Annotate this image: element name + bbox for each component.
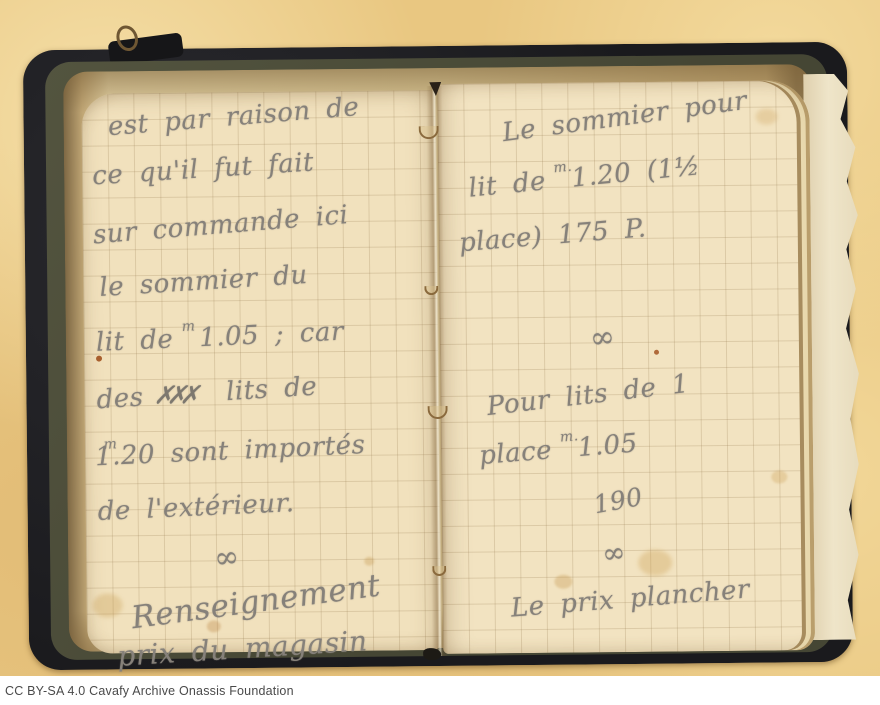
handwriting-line: est par raison de [107,92,361,142]
handwriting-text: ce qu'il fut fait [91,148,315,192]
license-caption-bar: CC BY-SA 4.0 Cavafy Archive Onassis Foun… [0,676,880,705]
handwriting-line: ce qu'il fut fait [91,148,315,192]
handwriting-line: Le sommier pour [501,86,749,148]
handwriting-line: des✗✗✗lits de [96,372,318,416]
gutter-bottom-notch [423,648,441,660]
stain [93,593,123,617]
open-notebook: est par raison de ce qu'il fut fait sur … [0,0,880,705]
handwriting-text: 1.05 [577,428,639,463]
handwriting-line: de l'extérieur. [97,488,295,527]
handwriting-text: sur commande ici [92,200,350,250]
stain [755,108,777,124]
handwriting-text: place [478,435,553,471]
handwriting-line: lit dem1.05 ; car [95,317,344,358]
handwriting-text: 1.20 sont importés [94,430,366,472]
handwriting-line: sur commande ici [92,200,350,250]
handwriting-line: place) 175 P. [458,213,648,258]
handwriting-text: Pour lits de 1 [485,369,690,422]
handwriting-text: 1.05 ; car [199,317,345,354]
divider-glyph: ∞ [588,319,618,356]
metre-superscript: m. [559,430,560,446]
handwriting-text: lits de [225,372,318,408]
handwriting-text: est par raison de [107,92,361,142]
stain [771,470,787,483]
handwriting-text: de l'extérieur. [97,488,295,527]
crossed-out-scribble: ✗✗✗ [153,380,192,409]
handwriting-text: des [96,382,145,415]
handwriting-text: 1.20 (1½ [570,151,701,193]
section-divider-squiggle: ∞ [588,319,618,356]
stain [638,550,672,576]
archive-photo-of-notebook: est par raison de ce qu'il fut fait sur … [0,0,880,705]
license-caption-text: CC BY-SA 4.0 Cavafy Archive Onassis Foun… [0,684,294,698]
handwriting-text: lit de [95,324,174,357]
handwriting-line: lit dem.1.20 (1½ [467,151,701,204]
metre-superscript: m [103,437,104,453]
section-divider-squiggle: ∞ [212,539,242,576]
handwriting-text: place) 175 P. [458,213,648,258]
handwriting-line: Pour lits de 1 [485,369,690,422]
handwriting-text: Le prix plancher [510,574,751,623]
handwriting-text: lit de [467,166,547,203]
metre-superscript: m. [553,160,555,176]
divider-glyph: ∞ [600,535,629,571]
foxing-spot [654,350,659,355]
handwriting-line: m1.20 sont importés [94,430,366,472]
handwriting-line: Le prix plancher [510,574,751,623]
handwriting-line: 190 [591,482,645,520]
handwriting-text: le sommier du [99,260,309,303]
handwriting-text: Le sommier pour [501,86,749,148]
handwriting-line: le sommier du [99,260,309,303]
metre-superscript: m [181,319,182,335]
handwriting-text: 190 [591,482,645,520]
stain [554,575,572,589]
stain [364,557,374,566]
handwriting-line: placem.1.05 [478,428,639,471]
divider-glyph: ∞ [212,539,242,576]
left-page: est par raison de ce qu'il fut fait sur … [81,90,441,654]
right-page: Le sommier pour lit dem.1.20 (1½ place) … [437,80,815,654]
section-divider-squiggle: ∞ [600,535,629,571]
